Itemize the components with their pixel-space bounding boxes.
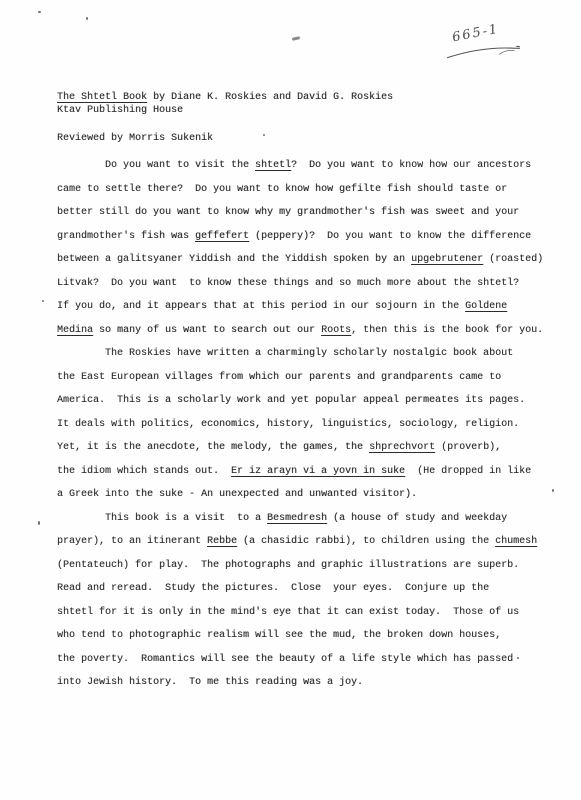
text-line: The Roskies have written a charmingly sc… bbox=[57, 342, 547, 366]
text-segment: the poverty. Romantics will see the beau… bbox=[57, 654, 513, 665]
text-segment: Read and reread. Study the pictures. Clo… bbox=[57, 583, 489, 594]
underlined-term: The Shtetl Book bbox=[57, 92, 147, 103]
text-line: prayer), to an itinerant Rebbe (a chasid… bbox=[57, 530, 547, 554]
text-segment: prayer), to an itinerant bbox=[57, 536, 207, 547]
underlined-term: Goldene bbox=[465, 301, 507, 312]
text-line: If you do, and it appears that at this p… bbox=[57, 295, 547, 319]
text-segment: the East European villages from which ou… bbox=[57, 372, 501, 383]
text-segment: America. This is a scholarly work and ye… bbox=[57, 395, 525, 406]
text-segment: between a galitsyaner Yiddish and the Yi… bbox=[57, 254, 411, 265]
text-segment: (He dropped in like bbox=[405, 466, 531, 477]
text-line: who tend to photographic realism will se… bbox=[57, 624, 547, 648]
text-segment: Ktav Publishing House bbox=[57, 105, 183, 116]
text-line: It deals with politics, economics, histo… bbox=[57, 413, 547, 437]
paragraph-3: This book is a visit to a Besmedresh (a … bbox=[57, 507, 547, 695]
scan-speck bbox=[38, 521, 40, 525]
text-segment: Do you want to visit the bbox=[105, 160, 255, 171]
byline-block: Reviewed by Morris Sukenik bbox=[57, 132, 547, 145]
text-line: Medina so many of us want to search out … bbox=[57, 319, 547, 343]
underlined-term: Roots bbox=[321, 325, 351, 336]
underlined-term: shtetl bbox=[255, 160, 291, 171]
text-segment: who tend to photographic realism will se… bbox=[57, 630, 501, 641]
text-segment: (roasted) bbox=[483, 254, 543, 265]
scan-speck bbox=[517, 657, 519, 659]
text-segment: (proverb), bbox=[435, 442, 501, 453]
text-segment: , then this is the book for you. bbox=[351, 325, 543, 336]
paragraph-2: The Roskies have written a charmingly sc… bbox=[57, 342, 547, 507]
text-line: better still do you want to know why my … bbox=[57, 201, 547, 225]
text-segment: This book is a visit to a bbox=[105, 513, 267, 524]
underlined-term: shprechvort bbox=[369, 442, 435, 453]
text-segment: Reviewed by Morris Sukenik bbox=[57, 133, 213, 144]
paragraph-1: Do you want to visit the shtetl? Do you … bbox=[57, 154, 547, 342]
text-line: Do you want to visit the shtetl? Do you … bbox=[57, 154, 547, 178]
text-segment: If you do, and it appears that at this p… bbox=[57, 301, 465, 312]
underlined-term: chumesh bbox=[495, 536, 537, 547]
scan-speck bbox=[38, 11, 41, 13]
text-line: the idiom which stands out. Er iz arayn … bbox=[57, 460, 547, 484]
underlined-term: Er iz arayn vi a yovn in suke bbox=[231, 466, 405, 477]
text-segment: Yet, it is the anecdote, the melody, the… bbox=[57, 442, 369, 453]
text-segment: into Jewish history. To me this reading … bbox=[57, 677, 363, 688]
text-line: the East European villages from which ou… bbox=[57, 366, 547, 390]
text-segment: The Roskies have written a charmingly sc… bbox=[105, 348, 513, 359]
scan-speck bbox=[86, 17, 88, 20]
text-segment: (peppery)? Do you want to know the diffe… bbox=[249, 231, 531, 242]
text-line: grandmother's fish was geffefert (pepper… bbox=[57, 225, 547, 249]
scan-smudge bbox=[292, 36, 300, 41]
text-segment: the idiom which stands out. bbox=[57, 466, 231, 477]
text-segment: by Diane K. Roskies and David G. Roskies bbox=[147, 92, 393, 103]
document-body: The Shtetl Book by Diane K. Roskies and … bbox=[57, 92, 547, 695]
text-line: This book is a visit to a Besmedresh (a … bbox=[57, 507, 547, 531]
text-line: Litvak? Do you want to know these things… bbox=[57, 272, 547, 296]
text-segment: Litvak? Do you want to know these things… bbox=[57, 278, 519, 289]
text-line: the poverty. Romantics will see the beau… bbox=[57, 648, 547, 672]
text-segment: better still do you want to know why my … bbox=[57, 207, 519, 218]
text-segment: so many of us want to search out our bbox=[93, 325, 321, 336]
underlined-term: Rebbe bbox=[207, 536, 237, 547]
scan-speck bbox=[42, 300, 44, 302]
text-segment: ? Do you want to know how our ancestors bbox=[291, 160, 531, 171]
text-line: a Greek into the suke - An unexpected an… bbox=[57, 483, 547, 507]
text-line: between a galitsyaner Yiddish and the Yi… bbox=[57, 248, 547, 272]
text-segment: a Greek into the suke - An unexpected an… bbox=[57, 489, 417, 500]
scanned-document-page: 665-1 The Shtetl Book by Diane K. Roskie… bbox=[0, 0, 581, 800]
text-line: Reviewed by Morris Sukenik bbox=[57, 132, 547, 145]
text-segment: It deals with politics, economics, histo… bbox=[57, 419, 519, 430]
text-line: into Jewish history. To me this reading … bbox=[57, 671, 547, 695]
underlined-term: Besmedresh bbox=[267, 513, 327, 524]
text-segment: (a house of study and weekday bbox=[327, 513, 507, 524]
underlined-term: Medina bbox=[57, 325, 93, 336]
text-line: Ktav Publishing House bbox=[57, 105, 547, 118]
text-line: shtetl for it is only in the mind's eye … bbox=[57, 601, 547, 625]
text-line: came to settle there? Do you want to kno… bbox=[57, 178, 547, 202]
text-segment: grandmother's fish was bbox=[57, 231, 195, 242]
scan-speck bbox=[263, 134, 265, 136]
text-segment: (a chasidic rabbi), to children using th… bbox=[237, 536, 495, 547]
text-line: Yet, it is the anecdote, the melody, the… bbox=[57, 436, 547, 460]
underlined-term: upgebrutener bbox=[411, 254, 483, 265]
text-line: The Shtetl Book by Diane K. Roskies and … bbox=[57, 92, 547, 105]
underlined-term: geffefert bbox=[195, 231, 249, 242]
text-line: Read and reread. Study the pictures. Clo… bbox=[57, 577, 547, 601]
title-block: The Shtetl Book by Diane K. Roskies and … bbox=[57, 92, 547, 117]
text-segment: (Pentateuch) for play. The photographs a… bbox=[57, 560, 519, 571]
text-segment: came to settle there? Do you want to kno… bbox=[57, 184, 507, 195]
text-segment: shtetl for it is only in the mind's eye … bbox=[57, 607, 519, 618]
text-line: America. This is a scholarly work and ye… bbox=[57, 389, 547, 413]
text-line: (Pentateuch) for play. The photographs a… bbox=[57, 554, 547, 578]
scan-speck bbox=[552, 489, 554, 492]
